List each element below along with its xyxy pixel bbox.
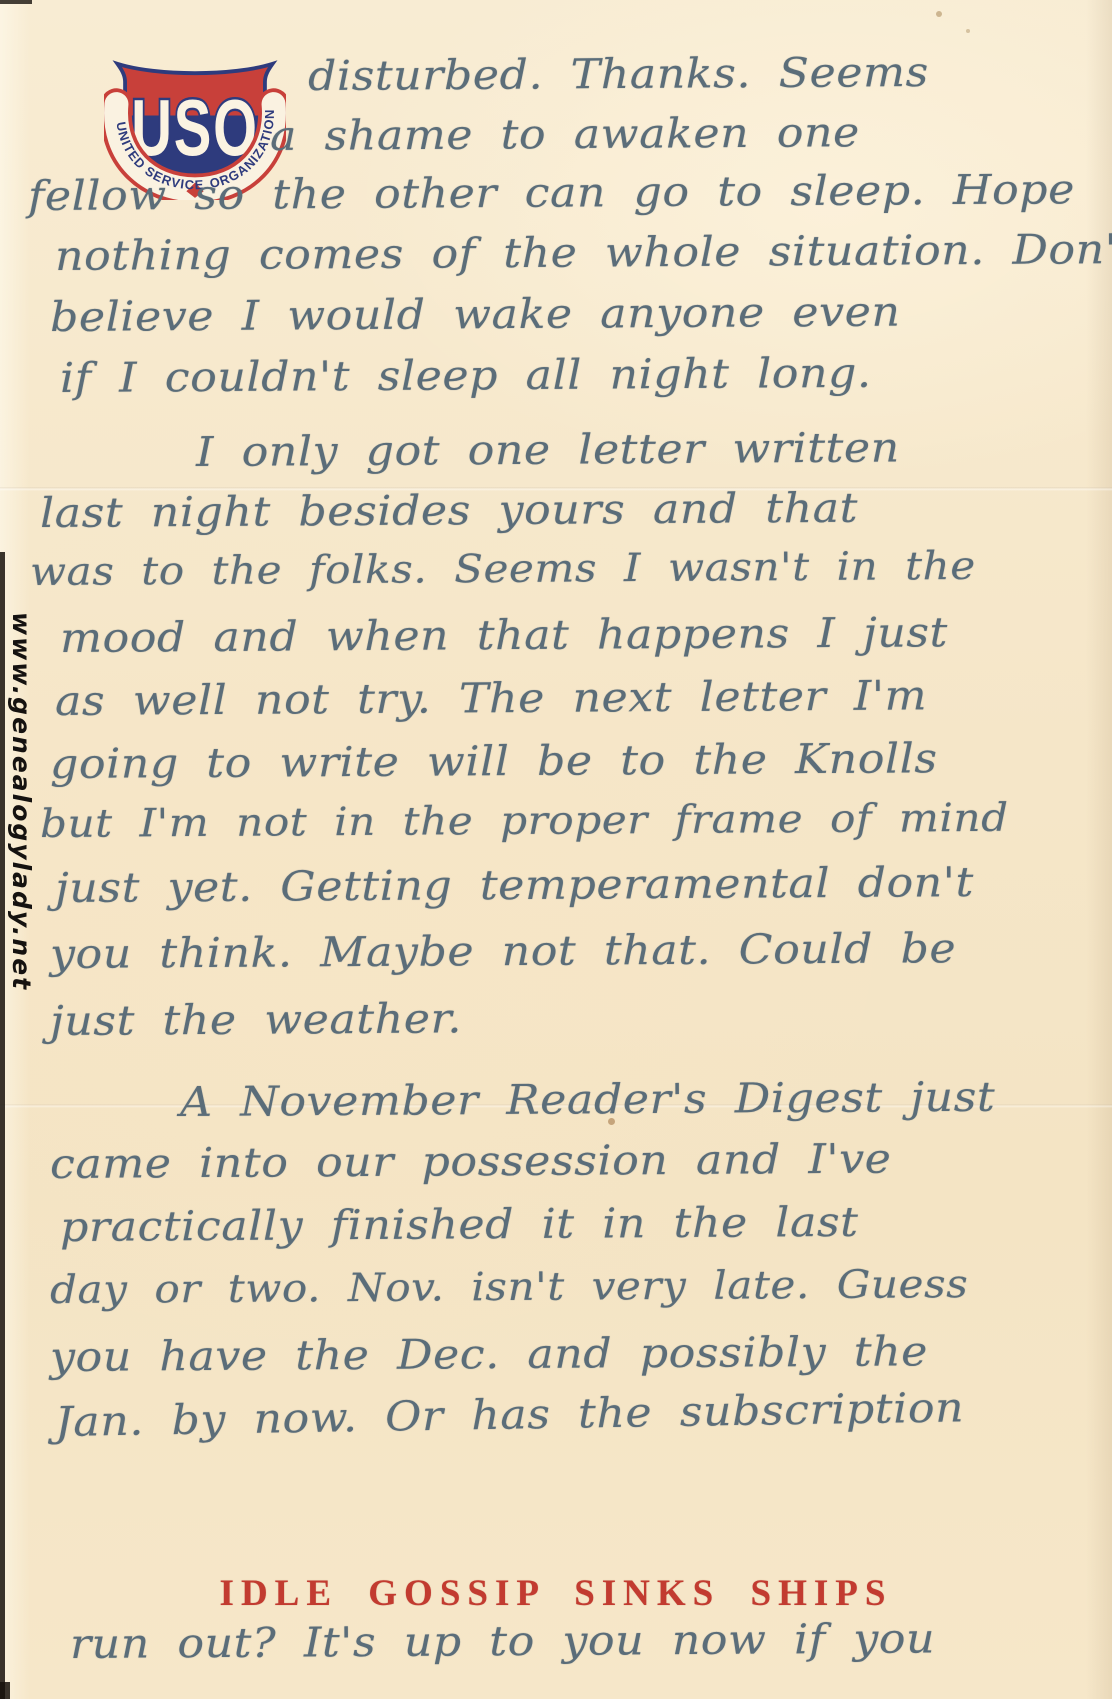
letter-line: going to write will be to the Knolls: [50, 734, 938, 788]
letter-line: last night besides yours and that: [40, 484, 858, 537]
letter-line: disturbed. Thanks. Seems: [308, 48, 929, 100]
letter-line: a shame to awaken one: [270, 108, 860, 160]
letter-line: day or two. Nov. isn't very late. Guess: [50, 1262, 969, 1313]
letter-line: if I couldn't sleep all night long.: [60, 349, 872, 402]
letter-line: you think. Maybe not that. Could be: [50, 924, 957, 978]
letter-line: fellow so the other can go to sleep. Hop…: [28, 165, 1075, 220]
letter-line: I only got one letter written: [196, 423, 900, 476]
letter-line: A November Reader's Digest just: [180, 1073, 996, 1126]
letter-line: run out? It's up to you now if you: [70, 1614, 935, 1668]
letter-line: nothing comes of the whole situation. Do…: [55, 225, 1112, 280]
letter-line: you have the Dec. and possibly the: [50, 1327, 928, 1381]
letter-line: practically finished it in the last: [60, 1198, 859, 1251]
letter-line: Jan. by now. Or has the subscription: [55, 1383, 965, 1446]
letter-line: just the weather.: [50, 994, 462, 1045]
letter-line: mood and when that happens I just: [60, 608, 948, 662]
letter-line: but I'm not in the proper frame of mind: [40, 796, 1009, 847]
letter-line: just yet. Getting temperamental don't: [55, 858, 974, 912]
letter-scan-page: USO UNITED SERVICE ORGANIZATIONS www.gen…: [0, 0, 1112, 1699]
letter-line: believe I would wake anyone even: [50, 288, 901, 341]
watermark-text: www.genealogylady.net: [7, 612, 36, 991]
paper-speck: [936, 11, 942, 17]
letter-line: as well not try. The next letter I'm: [55, 671, 927, 725]
paper-speck: [966, 29, 970, 33]
letter-line: was to the folks. Seems I wasn't in the: [30, 544, 976, 595]
stationery-slogan: IDLE GOSSIP SINKS SHIPS: [220, 1572, 893, 1615]
letter-line: came into our possession and I've: [50, 1135, 892, 1188]
scan-edge-corner: [0, 1682, 10, 1699]
scan-edge-sliver: [0, 0, 32, 4]
scan-edge-strip: [0, 552, 5, 1699]
